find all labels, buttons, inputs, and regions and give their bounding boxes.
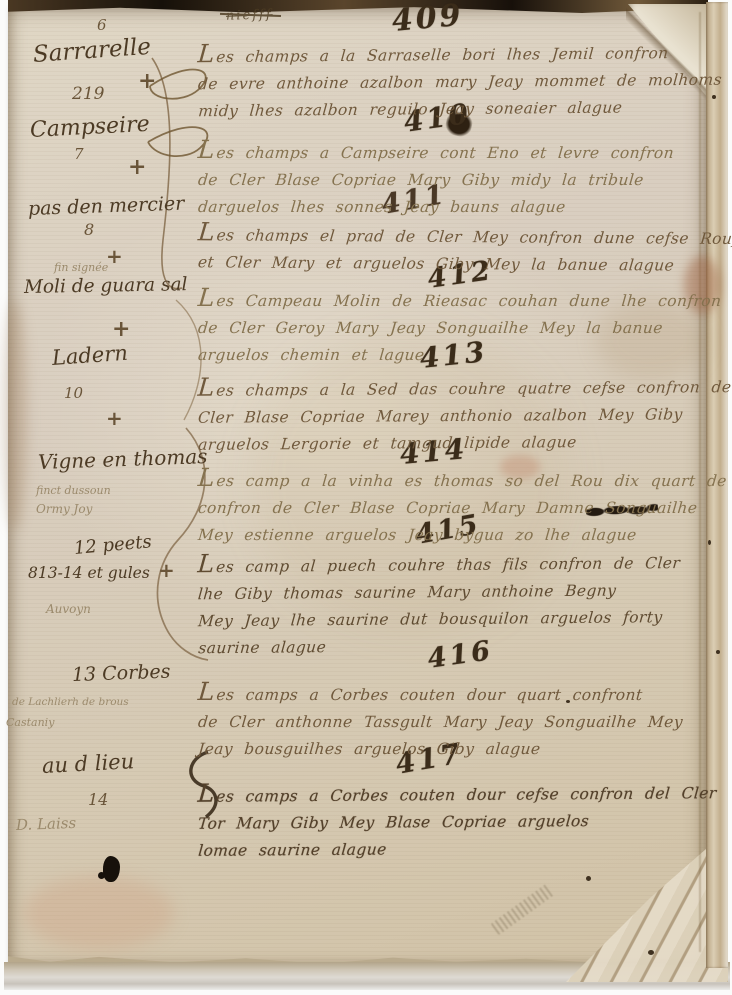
entry-line: confron de Cler Blase Copriae Mary Damne… <box>197 495 713 522</box>
margin-top-number: 6 <box>97 16 107 34</box>
margin-name-moli-de-guara-sal: Moli de guara sal <box>24 274 188 298</box>
margin-name-d-laiss: D. Laiss <box>16 814 77 834</box>
manuscript-scan: { "colors": { "paper": "#d8cdb6", "ink_d… <box>0 0 732 995</box>
margin-note: Ormy Joy <box>36 502 92 516</box>
entry-416-text: Les camps a Corbes couten dour quart con… <box>198 678 712 763</box>
margin-name-13-corbes: 13 Corbes <box>72 661 171 686</box>
margin-note: finct dussoun <box>36 484 111 497</box>
entry-409-text: Les champs a la Sarraselle bori lhes Jem… <box>198 36 713 125</box>
entry-415-text: Les camp al puech couhre thas fils confr… <box>198 546 713 662</box>
margin-number: 10 <box>64 384 83 402</box>
entry-411-text: Les champs el prad de Cler Mey confron d… <box>198 218 712 280</box>
margin-note: Auvoyn <box>46 602 91 616</box>
entry-line: saurine alague <box>197 631 713 663</box>
entry-line: et Cler Mary et arguelos Giby Mey la ban… <box>197 249 714 280</box>
entry-line: Jeay bousguilhes arguelos Giby alague <box>197 736 713 763</box>
entry-line: Les champs a la Sed das couhre quatre ce… <box>197 370 713 405</box>
speck <box>586 876 591 881</box>
entry-line: arguelos Lergorie et tamgud lipide alagu… <box>197 428 713 459</box>
margin-name-au-d-lieu: au d lieu <box>41 749 134 778</box>
scan-area: niefff 6 Sarrarelle 219 + Campseire 7 + … <box>0 0 732 995</box>
entry-line: Les camps a Corbes couten dour cefse con… <box>197 776 713 811</box>
entry-413-text: Les champs a la Sed das couhre quatre ce… <box>198 370 713 459</box>
margin-cross-mark: + <box>106 406 123 430</box>
entry-line: arguelos chemin et lague <box>197 342 713 369</box>
margin-note: fin signée <box>54 261 108 274</box>
entry-line: Les champs a Campseire cont Eno et levre… <box>197 136 714 167</box>
entry-line: Les champs a la Sarraselle bori lhes Jem… <box>197 36 713 72</box>
margin-number: 14 <box>88 790 108 809</box>
entry-line: lomae saurine alague <box>197 834 713 865</box>
margin-number: 219 <box>72 84 104 104</box>
margin-cross-mark: + <box>112 316 130 342</box>
margin-cross-mark: + <box>138 68 156 94</box>
entry-line: de Cler anthonne Tassgult Mary Jeay Song… <box>197 709 713 736</box>
margin-note: de Lachlierh de brous <box>12 696 129 708</box>
entry-414-text: Les camp a la vinha es thomas so del Rou… <box>198 464 712 549</box>
speck <box>716 650 720 654</box>
entry-line: de Cler Geroy Mary Jeay Songuailhe Mey l… <box>197 315 713 342</box>
entry-412-text: Les Campeau Molin de Rieasac couhan dune… <box>198 284 712 369</box>
entry-410-text: Les champs a Campseire cont Eno et levre… <box>198 136 712 221</box>
entry-417-text: Les camps a Corbes couten dour cefse con… <box>198 776 713 865</box>
entry-line: Les camp al puech couhre thas fils confr… <box>196 546 712 582</box>
entry-number-409: 409 <box>390 0 464 39</box>
margin-number: 8 <box>84 220 94 239</box>
margin-cross-mark: + <box>106 244 123 268</box>
margin-note: Castaniy <box>6 716 54 729</box>
entry-line: darguelos lhes sonnes Jeay bauns alague <box>197 194 713 221</box>
entry-line: de Cler Blase Copriae Mary Giby midy la … <box>197 167 713 194</box>
entry-line: Les champs el prad de Cler Mey confron d… <box>197 218 714 253</box>
entry-line: Les camp a la vinha es thomas so del Rou… <box>197 464 714 495</box>
entry-line: Mey estienne arguelos Jeay bygua zo lhe … <box>197 522 713 549</box>
margin-sub: 813-14 et gules <box>28 564 150 582</box>
struck-header-word: niefff <box>226 7 273 24</box>
speck <box>648 950 654 955</box>
entry-line: Les Campeau Molin de Rieasac couhan dune… <box>197 284 714 315</box>
entry-line: Les camps a Corbes couten dour quart con… <box>197 678 714 709</box>
margin-cross-mark: + <box>158 558 175 582</box>
margin-number: 7 <box>74 145 84 163</box>
entry-line: Cler Blase Copriae Marey anthonio azalbo… <box>197 401 713 432</box>
margin-cross-mark: + <box>128 154 146 180</box>
entry-line: midy lhes azalbon reguilo Jeay soneaier … <box>197 94 713 126</box>
entry-line: Tor Mary Giby Mey Blase Copriae arguelos <box>197 807 713 838</box>
